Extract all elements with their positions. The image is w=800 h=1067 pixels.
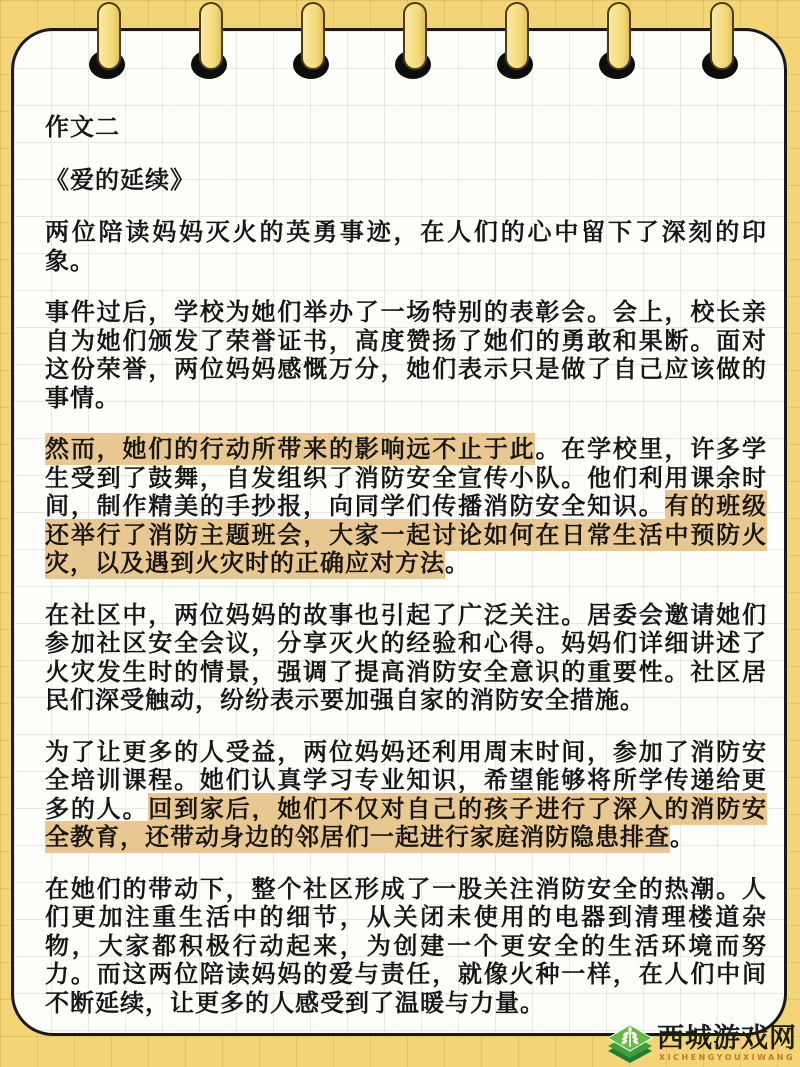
watermark-pinyin: XICHENGYOUXIWANG [659,1053,795,1063]
binder-clip-icon [97,2,121,70]
text-segment: 两位陪读妈妈灭火的英勇事迹，在人们的心中留下了深刻的印象。 [45,218,767,275]
text-segment: 。 [445,549,470,577]
binder-clip [189,0,229,84]
binder-clip [393,0,433,84]
essay-title: 《爱的延续》 [45,166,767,195]
binder-clip-icon [505,2,529,70]
binder-clip-icon [607,2,631,70]
binder-clip [291,0,331,84]
text-segment: 在她们的带动下，整个社区形成了一股关注消防安全的热潮。人们更加注重生活中的细节，… [45,875,767,1017]
essay-body: 两位陪读妈妈灭火的英勇事迹，在人们的心中留下了深刻的印象。事件过后，学校为她们举… [45,218,767,1017]
essay-paragraph: 在她们的带动下，整个社区形成了一股关注消防安全的热潮。人们更加注重生活中的细节，… [45,875,767,1018]
essay-label: 作文二 [45,113,767,142]
binder-clip [87,0,127,84]
binder-clip [597,0,637,84]
notebook-page: 作文二 《爱的延续》 两位陪读妈妈灭火的英勇事迹，在人们的心中留下了深刻的印象。… [0,0,800,1067]
highlighted-text-segment: 回到家后，她们不仅对自己的孩子进行了深入的消防安全教育，还带动身边的邻居们一起进… [45,793,767,854]
text-segment: 在社区中，两位妈妈的故事也引起了广泛关注。居委会邀请她们参加社区安全会议，分享灭… [45,601,767,715]
binder-clip-icon [403,2,427,70]
essay-paragraph: 两位陪读妈妈灭火的英勇事迹，在人们的心中留下了深刻的印象。 [45,218,767,275]
essay-paragraph: 在社区中，两位妈妈的故事也引起了广泛关注。居委会邀请她们参加社区安全会议，分享灭… [45,601,767,715]
watermark-name: 西城游戏网 [657,1025,797,1053]
highlighted-text-segment: 然而，她们的行动所带来的影响远不止于此 [45,433,535,465]
essay-paragraph: 事件过后，学校为她们举办了一场特别的表彰会。会上，校长亲自为她们颁发了荣誉证书，… [45,298,767,412]
wheat-logo-icon [606,1023,654,1065]
essay-paragraph: 然而，她们的行动所带来的影响远不止于此。在学校里，许多学生受到了鼓舞，自发组织了… [45,435,767,578]
essay-content: 作文二 《爱的延续》 两位陪读妈妈灭火的英勇事迹，在人们的心中留下了深刻的印象。… [45,113,767,1040]
text-segment: 事件过后，学校为她们举办了一场特别的表彰会。会上，校长亲自为她们颁发了荣誉证书，… [45,298,767,412]
essay-paragraph: 为了让更多的人受益，两位妈妈还利用周末时间，参加了消防安全培训课程。她们认真学习… [45,738,767,852]
text-segment: 。 [670,823,695,851]
binder-clip-icon [301,2,325,70]
binder-clip [495,0,535,84]
site-watermark: 西城游戏网 XICHENGYOUXIWANG [606,1023,797,1065]
watermark-text: 西城游戏网 XICHENGYOUXIWANG [657,1025,797,1063]
binder-clip-icon [199,2,223,70]
binder-clip-icon [710,2,734,70]
paper-sheet: 作文二 《爱的延续》 两位陪读妈妈灭火的英勇事迹，在人们的心中留下了深刻的印象。… [11,28,787,1036]
binder-clip [700,0,740,84]
